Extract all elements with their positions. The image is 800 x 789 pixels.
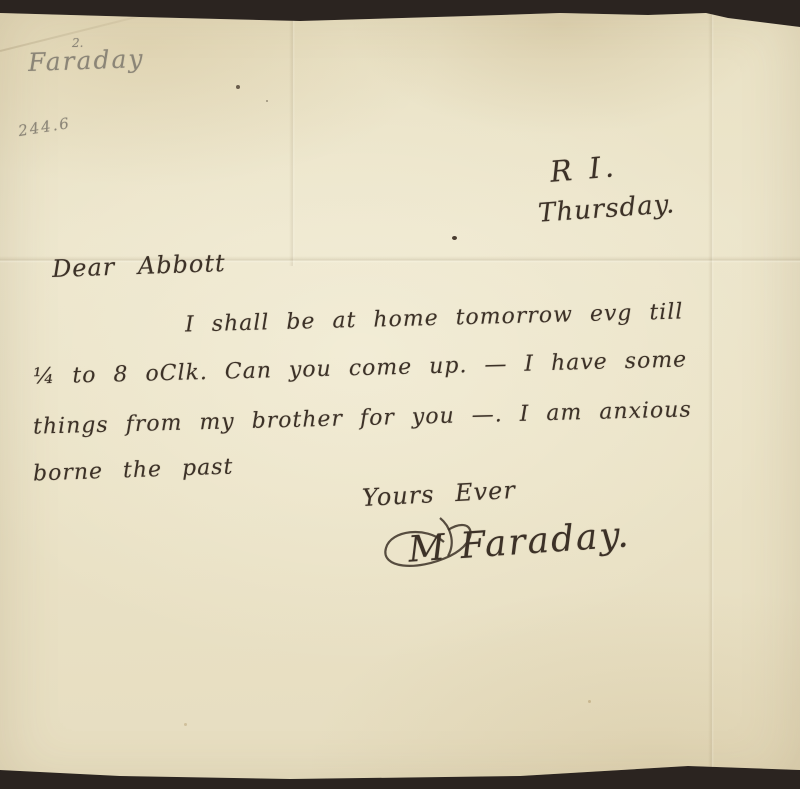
ink-speck — [452, 236, 457, 240]
ink-speck — [236, 85, 240, 89]
vertical-fold-crease-left — [289, 14, 295, 266]
body-line-3: things from my brother for you —. I am a… — [33, 397, 692, 439]
closing: Yours Ever — [361, 476, 516, 512]
body-line-4: borne the past — [33, 455, 234, 487]
ink-speck — [266, 100, 268, 102]
paper-blemish — [184, 723, 187, 726]
letter-paper: 2. Faraday 244.6 R I. Thursday. Dear Abb… — [0, 0, 800, 789]
body-line-2: ¼ to 8 oClk. Can you come up. — I have s… — [33, 347, 688, 389]
salutation: Dear Abbott — [52, 249, 227, 283]
heading-place: R I. — [549, 149, 619, 189]
vertical-fold-crease-right — [708, 13, 714, 773]
pencil-name-annotation: Faraday — [28, 44, 145, 77]
pencil-catalog-number: 244.6 — [17, 114, 72, 140]
heading-day: Thursday. — [537, 189, 676, 229]
paper-blemish — [588, 700, 591, 703]
photo-backdrop: 2. Faraday 244.6 R I. Thursday. Dear Abb… — [0, 0, 800, 789]
body-line-1: I shall be at home tomorrow evg till — [185, 299, 684, 337]
